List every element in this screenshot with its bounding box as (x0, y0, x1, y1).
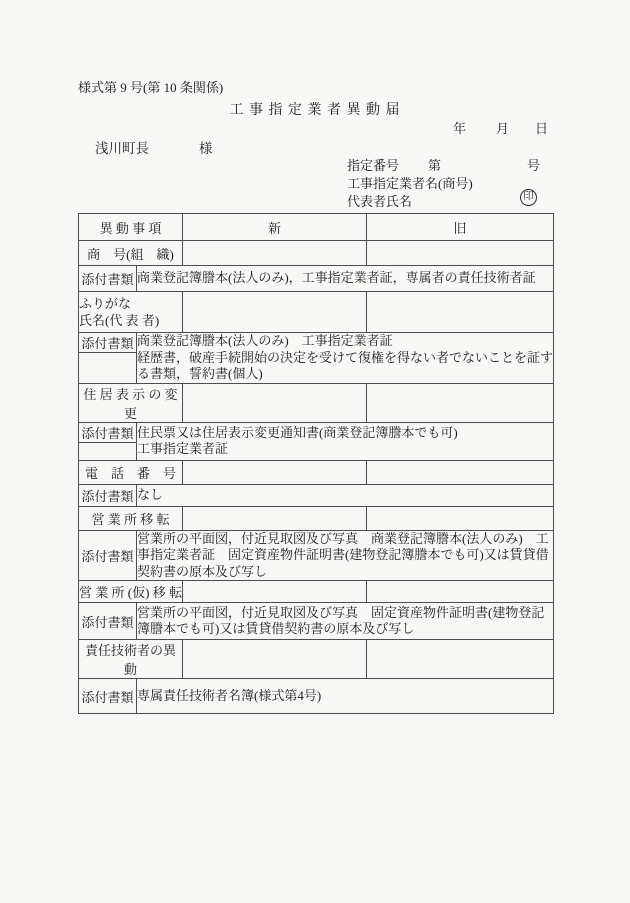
addressee-honorific: 様 (199, 141, 213, 156)
temporary-office-relocation-old-field (367, 581, 554, 603)
attach-label-spacer (79, 442, 137, 460)
col-header-old: 旧 (367, 214, 554, 241)
attach-content-office-relocation: 営業所の平面図，付近見取図及び写真 商業登記簿謄本(法人のみ) 工事指定業者証 … (137, 530, 554, 581)
attach-content-trade-name: 商業登記簿謄本(法人のみ)，工事指定業者証，専属者の責任技術者証 (137, 266, 554, 292)
representative-label: 代表者氏名 (347, 191, 412, 210)
attach-label: 添付書類 (79, 333, 137, 353)
engineer-change-old-field (367, 640, 554, 679)
addressee-name: 浅川町長 (95, 141, 149, 156)
representative-name-new-field (183, 292, 367, 333)
attach-label: 添付書類 (79, 530, 137, 581)
attach-label: 添付書類 (79, 603, 137, 640)
date-line: 年月日 (453, 118, 548, 137)
attach-content-representative-name: 商業登記簿謄本(法人のみ) 工事指定業者証 経歴書，破産手続開始の決定を受けて復… (137, 333, 554, 384)
designation-suffix: 号 (527, 158, 540, 173)
document-page: { "header": { "form_number": "様式第 9 号(第 … (0, 0, 630, 903)
row-label-representative-name: ふりがな 氏名(代 表 者) (79, 292, 183, 333)
row-label-trade-name: 商 号(組 織) (79, 241, 183, 266)
date-month-label: 月 (496, 121, 509, 136)
attach-label-spacer (79, 353, 137, 383)
trade-name-new-field (183, 241, 367, 266)
attach-content-engineer-change: 専属責任技術者名簿(様式第4号) (137, 679, 554, 714)
address-change-new-field (183, 383, 367, 422)
label-name: 氏名(代 表 者) (79, 312, 182, 329)
attach-content-temporary-office-relocation: 営業所の平面図，付近見取図及び写真 固定資産物件証明書(建物登記簿謄本でも可)又… (137, 603, 554, 640)
col-header-item: 異 動 事 項 (79, 214, 183, 241)
col-header-new: 新 (183, 214, 367, 241)
office-relocation-new-field (183, 506, 367, 530)
row-label-phone-number: 電 話 番 号 (79, 460, 183, 484)
company-name-label: 工事指定業者名(商号) (347, 173, 473, 192)
form-number: 様式第 9 号(第 10 条関係) (78, 77, 223, 96)
attach-label: 添付書類 (79, 422, 137, 442)
designation-number-line: 指定番号第号 (347, 155, 540, 174)
phone-number-old-field (367, 460, 554, 484)
address-change-old-field (367, 383, 554, 422)
office-relocation-old-field (367, 506, 554, 530)
designation-prefix: 第 (428, 158, 441, 173)
attach-content-address-change: 住民票又は住居表示変更通知書(商業登記簿謄本でも可) 工事指定業者証 (137, 422, 554, 460)
attach-label: 添付書類 (79, 266, 137, 292)
row-label-temporary-office-relocation: 営 業 所 (仮) 移 転 (79, 581, 183, 603)
label-furigana: ふりがな (79, 295, 182, 312)
addressee-line: 浅川町長様 (95, 137, 213, 157)
engineer-change-new-field (183, 640, 367, 679)
seal-icon: 印 (520, 189, 537, 206)
date-day-label: 日 (535, 121, 548, 136)
page-title: 工 事 指 定 業 者 異 動 届 (0, 99, 630, 119)
trade-name-old-field (367, 241, 554, 266)
attach-label: 添付書類 (79, 679, 137, 714)
attach-content-phone-number: なし (137, 484, 554, 506)
row-label-office-relocation: 営 業 所 移 転 (79, 506, 183, 530)
row-label-address-change: 住 居 表 示 の 変 更 (79, 383, 183, 422)
change-items-table: 異 動 事 項 新 旧 商 号(組 織) 添付書類 商業登記簿謄本(法人のみ)，… (78, 213, 554, 714)
row-label-engineer-change: 責任技術者の異動 (79, 640, 183, 679)
date-year-label: 年 (453, 121, 466, 136)
phone-number-new-field (183, 460, 367, 484)
designation-number-label: 指定番号 (347, 158, 399, 173)
attach-label: 添付書類 (79, 484, 137, 506)
temporary-office-relocation-new-field (183, 581, 367, 603)
representative-name-old-field (367, 292, 554, 333)
